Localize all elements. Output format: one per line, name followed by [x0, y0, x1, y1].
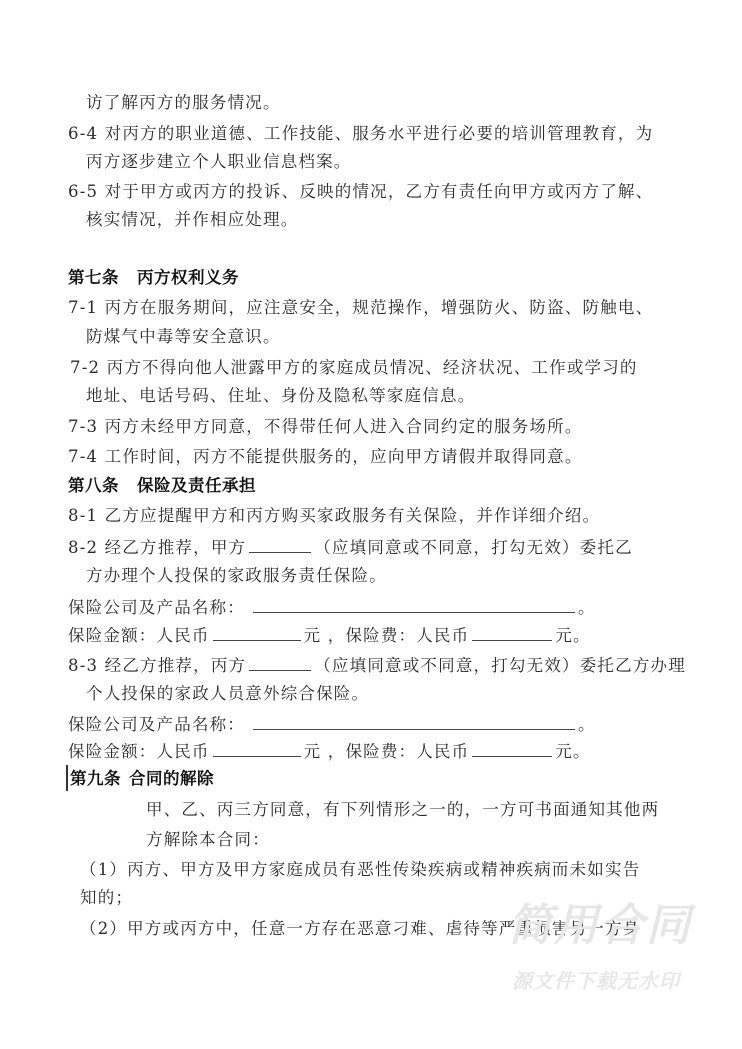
premium-blank-2[interactable] — [472, 740, 552, 757]
clause-7-2-line1: 7-2 丙方不得向他人泄露甲方的家庭成员情况、经济状况、工作或学习的 — [70, 357, 638, 379]
clause-8-2-line1: 8-2 经乙方推荐，甲方（应填同意或不同意，打勾无效）委托乙 — [68, 536, 633, 559]
clause-8-3-prefix: 8-3 经乙方推荐，丙方 — [68, 656, 246, 675]
amount-label-1: 保险金额：人民币 — [68, 626, 210, 645]
clause-8-2-line2: 方办理个人投保的家政服务责任保险。 — [86, 565, 387, 587]
insurer-name-blank-1[interactable] — [253, 596, 575, 613]
clause-7-1-line1: 7-1 丙方在服务期间，应注意安全，规范操作，增强防火、防盗、防触电、 — [68, 297, 653, 319]
premium-unit-1: 元。 — [555, 626, 590, 645]
clause-8-3-line2: 个人投保的家政人员意外综合保险。 — [86, 683, 369, 705]
article-8-heading: 第八条保险及责任承担 — [68, 475, 256, 497]
termination-item-1-line1: （1）丙方、甲方及甲方家庭成员有恶性传染疾病或精神疾病而未如实告 — [80, 859, 640, 881]
insurer-row-2: 保险公司及产品名称：。 — [68, 713, 596, 736]
amount-row-1: 保险金额：人民币元 ，保险费：人民币元。 — [68, 624, 591, 647]
clause-8-3-line1: 8-3 经乙方推荐，丙方（应填同意或不同意，打勾无效）委托乙方办理 — [68, 654, 686, 677]
clause-6-4-line1: 6-4 对丙方的职业道德、工作技能、服务水平进行必要的培训管理教育，为 — [68, 123, 653, 145]
clause-7-1-line2: 防煤气中毒等安全意识。 — [86, 326, 281, 348]
clause-8-3-suffix: （应填同意或不同意，打勾无效）委托乙方办理 — [314, 656, 686, 675]
article-8-number: 第八条 — [68, 476, 119, 495]
clause-7-3: 7-3 丙方未经甲方同意，不得带任何人进入合同约定的服务场所。 — [68, 416, 583, 438]
insurer-end-1: 。 — [578, 598, 596, 617]
article-7-number: 第七条 — [68, 268, 119, 287]
clause-7-4: 7-4 工作时间，丙方不能提供服务的，应向甲方请假并取得同意。 — [68, 446, 583, 468]
amount-row-2: 保险金额：人民币元 ，保险费：人民币元。 — [68, 740, 591, 763]
insured-amount-blank-2[interactable] — [213, 740, 301, 757]
clause-6-5-line1: 6-5 对于甲方或丙方的投诉、反映的情况，乙方有责任向甲方或丙方了解、 — [68, 181, 653, 203]
watermark-brand: 简用合同 — [508, 898, 692, 954]
article-9-heading: 第九条合同的解除 — [70, 768, 214, 790]
clause-8-2-suffix: （应填同意或不同意，打勾无效）委托乙 — [314, 538, 633, 557]
insurer-end-2: 。 — [578, 715, 596, 734]
amount-unit-2: 元 ，保险费：人民币 — [304, 742, 470, 761]
insurer-name-blank-2[interactable] — [253, 713, 575, 730]
clause-6-4-line2: 丙方逐步建立个人职业信息档案。 — [86, 151, 352, 173]
insured-amount-blank-1[interactable] — [213, 624, 301, 641]
premium-blank-1[interactable] — [472, 624, 552, 641]
clause-8-2-prefix: 8-2 经乙方推荐，甲方 — [68, 538, 246, 557]
premium-unit-2: 元。 — [555, 742, 590, 761]
amount-label-2: 保险金额：人民币 — [68, 742, 210, 761]
article-8-title: 保险及责任承担 — [137, 476, 256, 495]
clause-8-1: 8-1 乙方应提醒甲方和丙方购买家政服务有关保险，并作详细介绍。 — [68, 505, 600, 527]
article-9-intro-line1: 甲、乙、丙三方同意，有下列情形之一的，一方可书面通知其他两 — [146, 799, 659, 821]
watermark-tagline: 源文件下载无水印 — [512, 968, 680, 994]
termination-item-1-line2: 知的； — [80, 887, 133, 909]
party-a-consent-blank[interactable] — [249, 536, 311, 553]
article-7-title: 丙方权利义务 — [137, 268, 239, 287]
amount-unit-1: 元 ，保险费：人民币 — [304, 626, 470, 645]
article-9-number: 第九条 — [70, 769, 121, 788]
article-9-title: 合同的解除 — [129, 769, 214, 788]
clause-6-5-line2: 核实情况，并作相应处理。 — [86, 209, 298, 231]
insurer-row-1: 保险公司及产品名称：。 — [68, 596, 596, 619]
insurer-label-2: 保险公司及产品名称： — [68, 715, 245, 734]
party-c-consent-blank[interactable] — [249, 654, 311, 671]
clause-7-2-line2: 地址、电话号码、住址、身份及隐私等家庭信息。 — [86, 385, 475, 407]
article-9-intro-line2: 方解除本合同： — [146, 829, 270, 851]
article-7-heading: 第七条丙方权利义务 — [68, 267, 239, 289]
text-cursor — [66, 765, 68, 791]
clause-6-3-continuation: 访了解丙方的服务情况。 — [86, 92, 281, 114]
document-page: 访了解丙方的服务情况。 6-4 对丙方的职业道德、工作技能、服务水平进行必要的培… — [0, 0, 742, 1049]
insurer-label-1: 保险公司及产品名称： — [68, 598, 245, 617]
